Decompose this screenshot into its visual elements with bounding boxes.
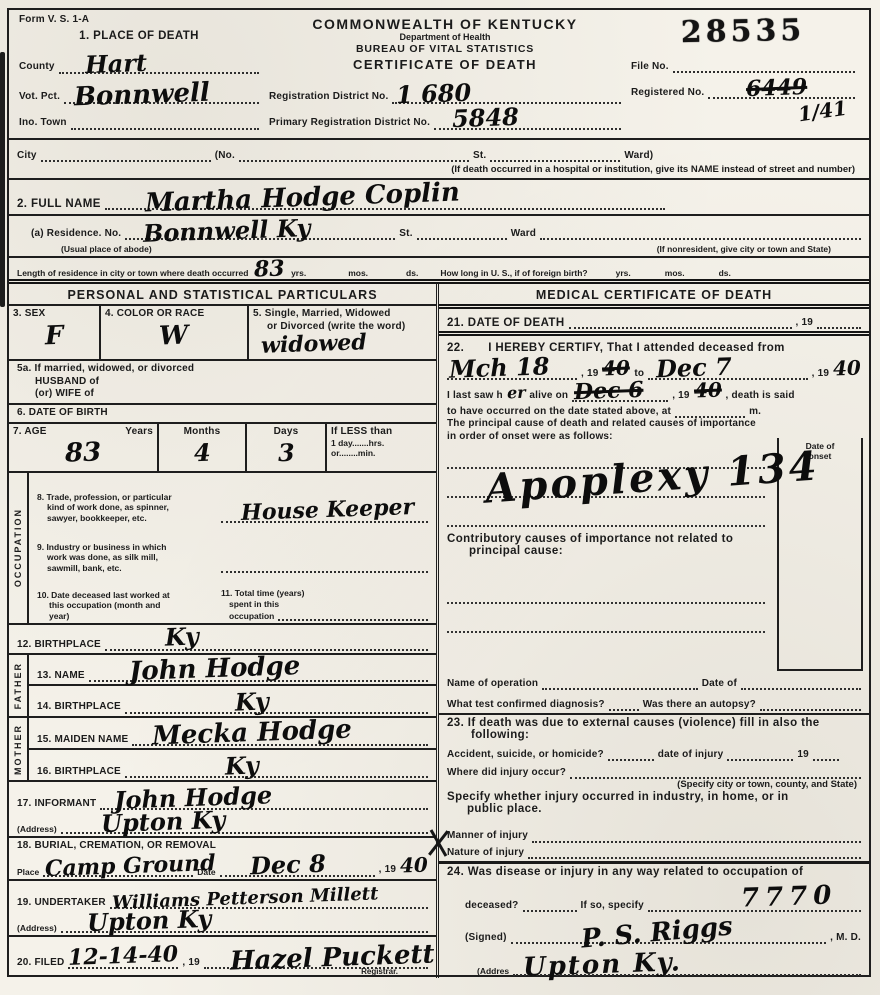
undertaker-block: 19. UNDERTAKER Williams Petterson Millet… [9, 881, 436, 937]
last-saw-pronoun: er [506, 383, 525, 403]
bureau-line: BUREAU OF VITAL STATISTICS [269, 43, 621, 56]
occurred-time-line [675, 406, 745, 418]
foreign-birth-label: How long in U. S., if of foreign birth? [440, 268, 587, 278]
county-value: Hart [84, 47, 147, 78]
father-birthplace-row: 14. BIRTHPLACE Ky [29, 686, 436, 715]
where-injury-line [570, 767, 861, 779]
residence-label: (a) Residence. No. [31, 228, 121, 241]
burial-place-value: Camp Ground [45, 850, 216, 882]
dod-year-prefix: , 19 [796, 317, 813, 330]
manner-of-injury-row: Manner of injury [439, 823, 869, 844]
contributory-label-block: Contributory causes of importance not re… [447, 527, 765, 575]
medical-title: MEDICAL CERTIFICATE OF DEATH [439, 284, 869, 309]
burial-date-line: Dec 8 [220, 865, 375, 877]
stray-ink-mark [425, 828, 451, 858]
residence-line: Bonnwell Ky [125, 228, 395, 240]
birthplace-row: 12. BIRTHPLACE Ky [9, 625, 436, 655]
father-side-label: FATHER [13, 662, 23, 709]
occupation-side-label: OCCUPATION [13, 508, 23, 587]
death-certificate-scan: Form V. S. 1-A 1. PLACE OF DEATH County … [0, 0, 880, 995]
occ10-line3: year) [37, 611, 217, 621]
specify-industry-text-2: public place. [447, 803, 861, 815]
last-saw-date: Dec 6 [574, 377, 644, 405]
ds2-label: ds. [719, 268, 731, 278]
certify-to-line: Dec 7 [648, 368, 808, 380]
registered-no-line: 6449 1/41 [708, 87, 855, 99]
st-label: St. [473, 150, 486, 163]
primary-district-line: 5848 [434, 118, 621, 130]
precinct-value: Bonnwell [74, 77, 211, 112]
registered-no-struck-value: 6449 [746, 74, 808, 102]
last-worked-row: 10. Date deceased last worked at this oc… [29, 575, 436, 623]
signed-address-line: Upton Ky. [513, 964, 861, 976]
if-so-specify-label: If so, specify [581, 900, 644, 913]
hospital-note: (If death occurred in a hospital or inst… [17, 164, 861, 175]
mother-side-label: MOTHER [13, 724, 23, 775]
death-said-text: , death is said [726, 390, 795, 403]
operation-date-label: Date of [702, 678, 737, 691]
test-line [609, 699, 639, 711]
yrs2-label: yrs. [616, 268, 631, 278]
date-of-birth-row: 6. DATE OF BIRTH [9, 405, 436, 424]
manner-label: Manner of injury [447, 830, 528, 843]
mother-bp-line: Ky [125, 766, 428, 778]
industry-line [221, 561, 428, 573]
certify-number: 22. [447, 342, 464, 354]
injury-year-line [813, 749, 839, 761]
contributory-text-1: Contributory causes of importance not re… [447, 533, 765, 545]
county-label: County [19, 61, 55, 74]
residence-row: (a) Residence. No. Bonnwell Ky St. Ward … [9, 216, 869, 258]
mother-name-row: 15. MAIDEN NAME Mecka Hodge [29, 718, 436, 750]
mother-bp-label: 16. BIRTHPLACE [37, 766, 121, 779]
full-name-label: 2. FULL NAME [17, 198, 101, 210]
street-no-line [239, 150, 469, 162]
filed-date-value: 12-14-40 [68, 941, 179, 971]
filed-date-line: 12-14-40 [68, 957, 178, 969]
occ10-line2: this occupation (month and [37, 600, 217, 610]
age-days-value: 3 [277, 438, 295, 468]
v24-text: 24. Was disease or injury in any way rel… [447, 866, 861, 878]
nature-label: Nature of injury [447, 847, 524, 860]
yrs-label: yrs. [291, 268, 306, 278]
contributory-text-2: principal cause: [447, 545, 765, 557]
marital-value: widowed [261, 329, 368, 359]
street-paren: (No. [215, 150, 235, 163]
sex-cell: 3. SEX F [9, 306, 101, 359]
county-line: Hart [59, 62, 259, 74]
length-of-residence-row: Length of residence in city or town wher… [9, 258, 869, 284]
mos2-label: mos. [665, 268, 685, 278]
age-months-label: Months [163, 426, 241, 439]
certificate-title: CERTIFICATE OF DEATH [269, 57, 621, 72]
age-less-cell: If LESS than 1 day.......hrs. or........… [327, 424, 436, 471]
file-no-line [673, 61, 855, 73]
filed-year-prefix: , 19 [182, 957, 199, 970]
race-label: 4. COLOR OR RACE [105, 308, 243, 321]
certify-from-line: Mch 18 [447, 368, 577, 380]
race-cell: 4. COLOR OR RACE W [101, 306, 249, 359]
burial-place-line: Camp Ground [43, 865, 193, 877]
specify-line: 7770 [648, 900, 861, 912]
specify-city-note: (Specify city or town, county, and State… [447, 779, 861, 790]
commonwealth-block: COMMONWEALTH OF KENTUCKY Department of H… [265, 10, 625, 138]
where-injury-label: Where did injury occur? [447, 767, 566, 780]
burial-year-prefix: , 19 [379, 864, 396, 877]
occ9-line2: work was done, as silk mill, [37, 552, 217, 562]
mother-bp-value: Ky [224, 751, 259, 781]
age-years-value: 83 [64, 438, 101, 469]
dob-label: 6. DATE OF BIRTH [17, 407, 428, 420]
injury-19-label: 19 [797, 749, 809, 762]
sex-value: F [44, 320, 64, 351]
occ11-line3: occupation [221, 611, 274, 621]
v23-text-1: 23. If death was due to external causes … [447, 717, 861, 729]
age-less-3: or........min. [331, 448, 432, 458]
occupation-code-value: 7770 [740, 880, 837, 913]
res-st-label: St. [399, 228, 412, 241]
trade-line: House Keeper [221, 511, 428, 523]
father-bp-line: Ky [125, 702, 428, 714]
father-block: FATHER 13. NAME John Hodge 14. BIRTHPLAC… [9, 655, 436, 718]
deceased-line [523, 900, 577, 912]
dod-line [569, 317, 792, 329]
commonwealth-title: COMMONWEALTH OF KENTUCKY [269, 16, 621, 32]
certify-to-year: 40 [833, 356, 862, 381]
father-side-label-cell: FATHER [9, 655, 29, 716]
certify-year-prefix-2: , 19 [812, 368, 829, 381]
primary-district-value: 5848 [452, 102, 520, 133]
filed-label: 20. FILED [17, 957, 64, 970]
primary-district-label: Primary Registration District No. [269, 117, 430, 130]
age-row: 7. AGEYears 83 Months 4 Days 3 If LESS t… [9, 424, 436, 473]
scan-binding-edge [0, 52, 5, 307]
race-value: W [159, 320, 189, 351]
length-label: Length of residence in city or town wher… [17, 268, 248, 278]
signed-address-label: (Addres [477, 966, 509, 976]
alive-on-label: alive on [529, 390, 568, 403]
age-months-cell: Months 4 [159, 424, 247, 471]
marital-cell: 5. Single, Married, Widowed or Divorced … [249, 306, 436, 359]
precinct-line: Bonnwell [64, 92, 259, 104]
last-saw-year: 40 [693, 378, 722, 403]
husband-label-3: (or) WIFE of [17, 388, 428, 401]
medical-column: MEDICAL CERTIFICATE OF DEATH 21. DATE OF… [439, 284, 869, 978]
mother-birthplace-row: 16. BIRTHPLACE Ky [29, 750, 436, 780]
father-bp-value: Ky [234, 686, 269, 716]
father-name-line: John Hodge [89, 670, 428, 682]
form-header: Form V. S. 1-A 1. PLACE OF DEATH County … [9, 10, 869, 140]
nature-of-injury-row: Nature of injury [439, 845, 869, 865]
specify-industry-text-1: Specify whether injury occurred in indus… [447, 791, 861, 803]
occupation-block: OCCUPATION 8. Trade, profession, or part… [9, 473, 436, 625]
autopsy-line [760, 699, 861, 711]
husband-wife-row: 5a. If married, widowed, or divorced HUS… [9, 361, 436, 405]
signed-line: P. S. Riggs [511, 932, 827, 944]
department-line: Department of Health [269, 32, 621, 43]
informant-address-label: (Address) [17, 824, 57, 834]
contributory-line [447, 604, 765, 633]
last-saw-year-prefix: , 19 [672, 390, 689, 403]
test-label: What test confirmed diagnosis? [447, 699, 605, 712]
physician-address-value: Upton Ky. [523, 947, 683, 983]
occ8-line1: 8. Trade, profession, or particular [37, 492, 217, 502]
last-saw-text: I last saw h [447, 390, 503, 403]
abode-note: (Usual place of abode) [61, 244, 152, 254]
res-st-line [417, 228, 507, 240]
nonresident-note: (If nonresident, give city or town and S… [657, 244, 861, 254]
certify-block: 22. I HEREBY CERTIFY, That I attended de… [439, 336, 869, 438]
full-name-line: Martha Hodge Coplin [105, 198, 665, 210]
residence-value: Bonnwell Ky [143, 213, 311, 248]
contributory-line [447, 575, 765, 604]
father-bp-label: 14. BIRTHPLACE [37, 701, 121, 714]
city-line [41, 150, 211, 162]
registered-no-label: Registered No. [631, 87, 704, 100]
occurred-m-label: m. [749, 406, 761, 419]
age-less-1: If LESS than [331, 426, 432, 439]
birthplace-line: Ky [105, 639, 428, 651]
occ11-line2: spent in this [221, 599, 428, 609]
father-name-label: 13. NAME [37, 670, 85, 683]
age-days-label: Days [251, 426, 321, 439]
personal-column: PERSONAL AND STATISTICAL PARTICULARS 3. … [9, 284, 439, 978]
injury-date-label: date of injury [658, 749, 724, 762]
sex-race-marital-row: 3. SEX F 4. COLOR OR RACE W 5. Single, M… [9, 306, 436, 361]
file-number-block: 28535 File No. Registered No. 6449 1/41 [625, 10, 869, 138]
last-saw-line: Dec 6 [572, 390, 668, 402]
principal-cause-text-1: The principal cause of death and related… [447, 418, 861, 431]
occ11-line1: 11. Total time (years) [221, 588, 428, 598]
trade-value: House Keeper [241, 494, 415, 526]
informant-label: 17. INFORMANT [17, 798, 96, 811]
registration-district-label: Registration District No. [269, 91, 388, 104]
test-autopsy-row: What test confirmed diagnosis? Was there… [439, 692, 869, 715]
informant-block: 17. INFORMANT John Hodge (Address) Upton… [9, 782, 436, 838]
mos-label: mos. [348, 268, 368, 278]
res-ward-label: Ward [511, 228, 536, 241]
age-days-cell: Days 3 [247, 424, 327, 471]
certificate-stamp-number: 28535 [631, 12, 856, 51]
husband-label-2: HUSBAND of [17, 376, 428, 389]
operation-date-line [741, 678, 861, 690]
husband-label-1: 5a. If married, widowed, or divorced [17, 363, 428, 376]
v23-text-2: following: [447, 729, 861, 741]
informant-address-value: Upton Ky [100, 805, 225, 838]
total-time-line [278, 609, 428, 621]
inc-town-label: Ino. Town [19, 117, 67, 130]
occupation-side-label-cell: OCCUPATION [9, 473, 29, 623]
age-years-label: Years [125, 426, 153, 439]
marital-label-1: 5. Single, Married, Widowed [253, 308, 432, 321]
precinct-label: Vot. Pct. [19, 91, 60, 104]
occ10-line1: 10. Date deceased last worked at [37, 590, 217, 600]
manner-line [532, 831, 861, 843]
section1-title: 1. PLACE OF DEATH [19, 30, 259, 42]
operation-row: Name of operation Date of [439, 671, 869, 692]
father-name-value: John Hodge [128, 651, 300, 687]
father-name-row: 13. NAME John Hodge [29, 655, 436, 686]
file-no-label: File No. [631, 61, 669, 74]
certify-from-value: Mch 18 [449, 352, 550, 384]
age-months-value: 4 [193, 438, 211, 468]
age-years-cell: 7. AGEYears 83 [9, 424, 159, 471]
burial-date-value: Dec 8 [249, 849, 326, 881]
certificate-form: Form V. S. 1-A 1. PLACE OF DEATH County … [7, 8, 871, 977]
accident-line [608, 749, 654, 761]
city-row: City (No. St. Ward) (If death occurred i… [9, 140, 869, 180]
trade-row: 8. Trade, profession, or particular kind… [29, 473, 436, 525]
undertaker-address-value: Upton Ky [86, 904, 211, 937]
occ9-line3: sawmill, bank, etc. [37, 563, 217, 573]
mother-block: MOTHER 15. MAIDEN NAME Mecka Hodge 16. B… [9, 718, 436, 783]
external-causes-block: 23. If death was due to external causes … [439, 715, 869, 823]
sex-label: 3. SEX [13, 308, 95, 321]
dod-label: 21. DATE OF DEATH [447, 317, 565, 329]
filed-block: 20. FILED 12-14-40 , 19 Hazel Puckett Re… [9, 937, 436, 978]
birthplace-value: Ky [164, 621, 199, 651]
city-label: City [17, 150, 37, 163]
occ8-line2: kind of work done, as spinner, [37, 502, 217, 512]
form-number: Form V. S. 1-A [19, 14, 259, 27]
industry-row: 9. Industry or business in which work wa… [29, 525, 436, 575]
mother-name-label: 15. MAIDEN NAME [37, 734, 128, 747]
operation-line [542, 678, 698, 690]
occurred-text: to have occurred on the date stated abov… [447, 406, 671, 419]
personal-title: PERSONAL AND STATISTICAL PARTICULARS [9, 284, 436, 306]
age-label: 7. AGE [13, 426, 47, 439]
autopsy-label: Was there an autopsy? [643, 699, 756, 712]
burial-block: 18. BURIAL, CREMATION, OR REMOVAL Place … [9, 838, 436, 881]
mother-name-value: Mecka Hodge [152, 715, 353, 752]
signed-label: (Signed) [465, 932, 507, 945]
nature-line [528, 847, 861, 859]
accident-label: Accident, suicide, or homicide? [447, 749, 604, 762]
burial-label: 18. BURIAL, CREMATION, OR REMOVAL [17, 840, 428, 853]
registrar-signature-line: Hazel Puckett [204, 957, 428, 969]
ward-label: Ward) [624, 150, 653, 163]
md-label: , M. D. [830, 932, 861, 945]
deceased-label: deceased? [465, 900, 519, 913]
place-of-death-block: Form V. S. 1-A 1. PLACE OF DEATH County … [9, 10, 265, 138]
occ9-line1: 9. Industry or business in which [37, 542, 217, 552]
age-less-2: 1 day.......hrs. [331, 438, 432, 448]
st-line [490, 150, 620, 162]
res-ward-line [540, 228, 861, 240]
full-name-row: 2. FULL NAME Martha Hodge Coplin [9, 180, 869, 216]
dod-year-line [817, 317, 861, 329]
cause-of-death-section: Date of onset Contributory causes of imp… [439, 438, 869, 671]
informant-address-line: Upton Ky [61, 822, 428, 834]
operation-label: Name of operation [447, 678, 538, 691]
undertaker-address-label: (Address) [17, 923, 57, 933]
inc-town-line [71, 118, 259, 130]
main-columns: PERSONAL AND STATISTICAL PARTICULARS 3. … [9, 284, 869, 978]
date-of-death-row: 21. DATE OF DEATH , 19 [439, 309, 869, 336]
injury-date-line [727, 749, 793, 761]
ds-label: ds. [406, 268, 418, 278]
birthplace-label: 12. BIRTHPLACE [17, 639, 101, 652]
undertaker-address-line: Upton Ky [61, 921, 428, 933]
burial-place-label: Place [17, 867, 39, 877]
occ8-line3: sawyer, bookkeeper, etc. [37, 513, 217, 523]
mother-side-label-cell: MOTHER [9, 718, 29, 781]
occupation-relation-block: 24. Was disease or injury in any way rel… [439, 864, 869, 978]
registered-no-correction: 1/41 [797, 96, 849, 127]
mother-name-line: Mecka Hodge [132, 734, 428, 746]
length-value: 83 [254, 255, 286, 282]
